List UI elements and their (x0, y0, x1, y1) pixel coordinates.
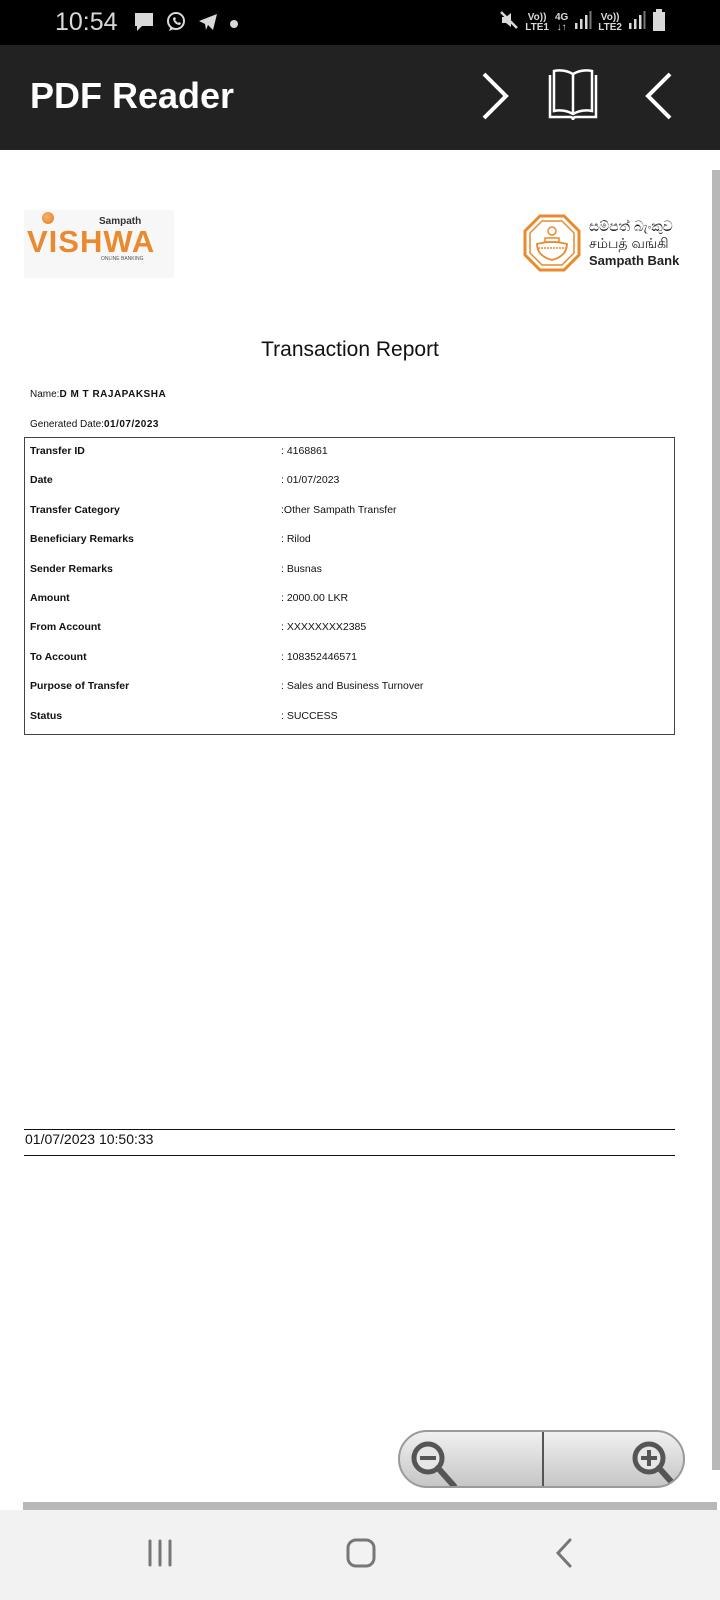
detail-value: : Busnas (281, 563, 322, 575)
sampath-logo-text: සම්පත් බැංකුව சம்பத் வங்கி Sampath Bank (589, 218, 679, 269)
system-nav-bar (0, 1510, 720, 1600)
generated-date-label: Generated Date: (30, 419, 104, 430)
signal-icon (628, 10, 646, 35)
horizontal-scrollbar[interactable] (23, 1502, 717, 1510)
footer-divider-bottom (24, 1155, 675, 1156)
recents-icon (145, 1538, 175, 1573)
telegram-icon (197, 11, 219, 38)
sim1-lte-label: LTE1 (525, 23, 549, 33)
detail-row: Beneficiary Remarks: Rilod (25, 533, 674, 563)
generated-date: Generated Date:01/07/2023 (30, 419, 159, 430)
detail-label: Status (30, 710, 62, 722)
chevron-right-icon (480, 71, 510, 126)
detail-value: : XXXXXXXX2385 (281, 621, 366, 633)
home-button[interactable] (341, 1538, 381, 1572)
transaction-details-table: Transfer ID: 4168861Date: 01/07/2023Tran… (24, 437, 675, 735)
dot-icon (229, 16, 239, 34)
customer-name-label: Name: (30, 389, 59, 400)
sampath-sinhala-name: සම්පත් බැංකුව (589, 218, 679, 235)
network-type-label: 4G (555, 13, 568, 23)
vishwa-logo-main-text: VISHWA (27, 224, 155, 260)
detail-value: :Other Sampath Transfer (281, 504, 397, 516)
customer-name-value: D M T RAJAPAKSHA (59, 389, 166, 400)
sim2-volte-label: Vo)) (598, 13, 622, 23)
report-title: Transaction Report (0, 338, 700, 362)
sampath-english-name: Sampath Bank (589, 252, 679, 269)
detail-label: Sender Remarks (30, 563, 113, 575)
sim2-indicator: Vo)) LTE2 (598, 13, 622, 33)
detail-label: Transfer Category (30, 504, 120, 516)
sampath-emblem-icon (523, 214, 581, 277)
recents-button[interactable] (140, 1538, 180, 1572)
sim1-volte-label: Vo)) (525, 13, 549, 23)
data-arrows-icon: ↓↑ (555, 23, 568, 33)
detail-value: : Sales and Business Turnover (281, 680, 423, 692)
detail-label: Beneficiary Remarks (30, 533, 134, 545)
sim2-lte-label: LTE2 (598, 23, 622, 33)
vishwa-logo-sub-text: ONLINE BANKING (101, 256, 144, 262)
detail-row: To Account: 108352446571 (25, 651, 674, 681)
detail-row: Transfer Category:Other Sampath Transfer (25, 504, 674, 534)
zoom-out-button[interactable] (400, 1432, 542, 1486)
network-indicator: 4G ↓↑ (555, 13, 568, 33)
previous-page-button[interactable] (626, 65, 692, 131)
detail-row: Amount: 2000.00 LKR (25, 592, 674, 622)
detail-value: : 108352446571 (281, 651, 357, 663)
zoom-in-button[interactable] (542, 1432, 684, 1486)
footer-divider-top (24, 1129, 675, 1130)
mute-icon (499, 10, 519, 35)
detail-label: Date (30, 474, 53, 486)
detail-row: Sender Remarks: Busnas (25, 563, 674, 593)
app-title: PDF Reader (30, 75, 234, 117)
detail-value: : 01/07/2023 (281, 474, 339, 486)
detail-label: Purpose of Transfer (30, 680, 129, 692)
chevron-left-icon (644, 71, 674, 126)
detail-row: Status: SUCCESS (25, 710, 674, 740)
zoom-controls (398, 1430, 685, 1488)
status-bar: 10:54 Vo)) LTE1 4G ↓↑ Vo)) L (0, 0, 720, 45)
battery-icon (652, 9, 666, 36)
sim1-indicator: Vo)) LTE1 (525, 13, 549, 33)
vishwa-globe-icon (42, 212, 54, 224)
detail-row: Purpose of Transfer: Sales and Business … (25, 680, 674, 710)
detail-value: : SUCCESS (281, 710, 338, 722)
bookmarks-button[interactable] (540, 65, 606, 131)
report-timestamp: 01/07/2023 10:50:33 (25, 1131, 153, 1147)
detail-label: Transfer ID (30, 445, 85, 457)
home-icon (345, 1537, 377, 1574)
message-icon (133, 11, 155, 38)
zoom-out-icon (408, 1438, 460, 1488)
vishwa-logo: Sampath VISHWA ONLINE BANKING (24, 210, 174, 278)
back-icon (553, 1537, 575, 1574)
detail-value: : 4168861 (281, 445, 328, 457)
sampath-tamil-name: சம்பத் வங்கி (589, 235, 679, 252)
detail-row: Date: 01/07/2023 (25, 474, 674, 504)
detail-label: From Account (30, 621, 101, 633)
next-page-button[interactable] (462, 65, 528, 131)
status-time: 10:54 (55, 8, 118, 37)
detail-row: Transfer ID: 4168861 (25, 445, 674, 475)
customer-name: Name:D M T RAJAPAKSHA (30, 389, 166, 400)
signal-icon (574, 10, 592, 35)
open-book-icon (542, 67, 604, 130)
detail-row: From Account: XXXXXXXX2385 (25, 621, 674, 651)
whatsapp-icon (165, 11, 187, 38)
detail-value: : Rilod (281, 533, 311, 545)
detail-label: Amount (30, 592, 70, 604)
generated-date-value: 01/07/2023 (104, 419, 159, 430)
sampath-bank-logo: සම්පත් බැංකුව சம்பத் வங்கி Sampath Bank (523, 214, 683, 274)
app-bar: PDF Reader (0, 45, 720, 150)
back-button[interactable] (544, 1538, 584, 1572)
vertical-scrollbar[interactable] (712, 170, 720, 1470)
zoom-in-icon (627, 1438, 679, 1488)
detail-label: To Account (30, 651, 87, 663)
detail-value: : 2000.00 LKR (281, 592, 348, 604)
